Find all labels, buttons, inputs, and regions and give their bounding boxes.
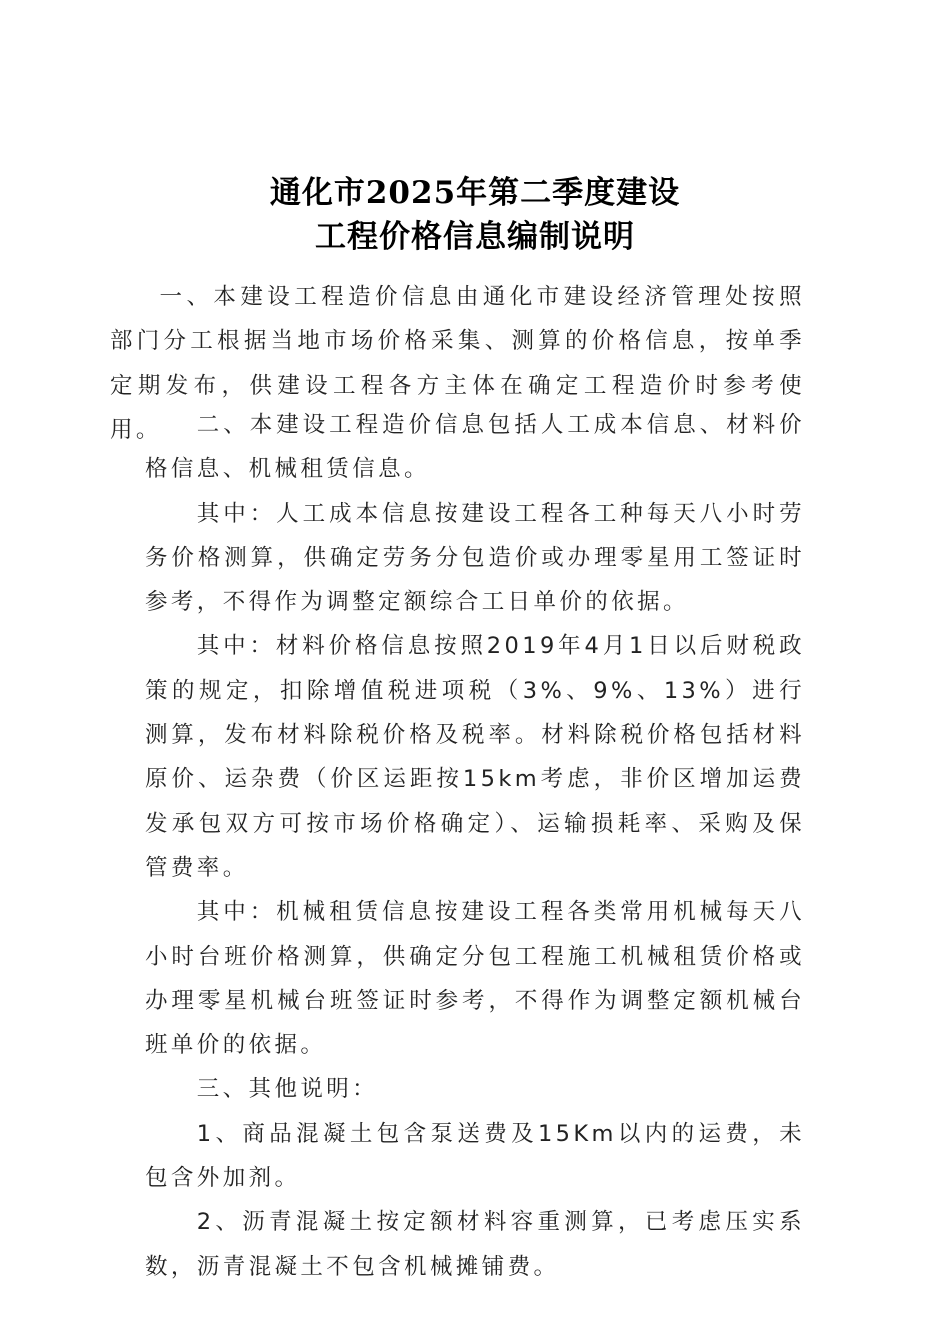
- paragraph-section-two: 二、本建设工程造价信息包括人工成本信息、材料价格信息、机械租赁信息。: [145, 403, 805, 492]
- title-line-1: 通化市2025年第二季度建设: [0, 171, 950, 215]
- document-title: 通化市2025年第二季度建设 工程价格信息编制说明: [0, 171, 950, 259]
- paragraph-note-2: 2、沥青混凝土按定额材料容重测算，已考虑压实系数，沥青混凝土不包含机械摊铺费。: [145, 1200, 805, 1289]
- title-line-2: 工程价格信息编制说明: [0, 215, 950, 259]
- document-body: 二、本建设工程造价信息包括人工成本信息、材料价格信息、机械租赁信息。 其中：人工…: [145, 403, 805, 1289]
- paragraph-note-1: 1、商品混凝土包含泵送费及15Km以内的运费，未包含外加剂。: [145, 1112, 805, 1201]
- paragraph-labor-cost: 其中：人工成本信息按建设工程各工种每天八小时劳务价格测算，供确定劳务分包造价或办…: [145, 492, 805, 625]
- paragraph-section-three-heading: 三、其他说明：: [145, 1067, 805, 1111]
- document-page: 通化市2025年第二季度建设 工程价格信息编制说明 一、本建设工程造价信息由通化…: [0, 0, 950, 1344]
- paragraph-material-price: 其中：材料价格信息按照2019年4月1日以后财税政策的规定，扣除增值税进项税（3…: [145, 624, 805, 890]
- paragraph-machinery-rental: 其中：机械租赁信息按建设工程各类常用机械每天八小时台班价格测算，供确定分包工程施…: [145, 890, 805, 1067]
